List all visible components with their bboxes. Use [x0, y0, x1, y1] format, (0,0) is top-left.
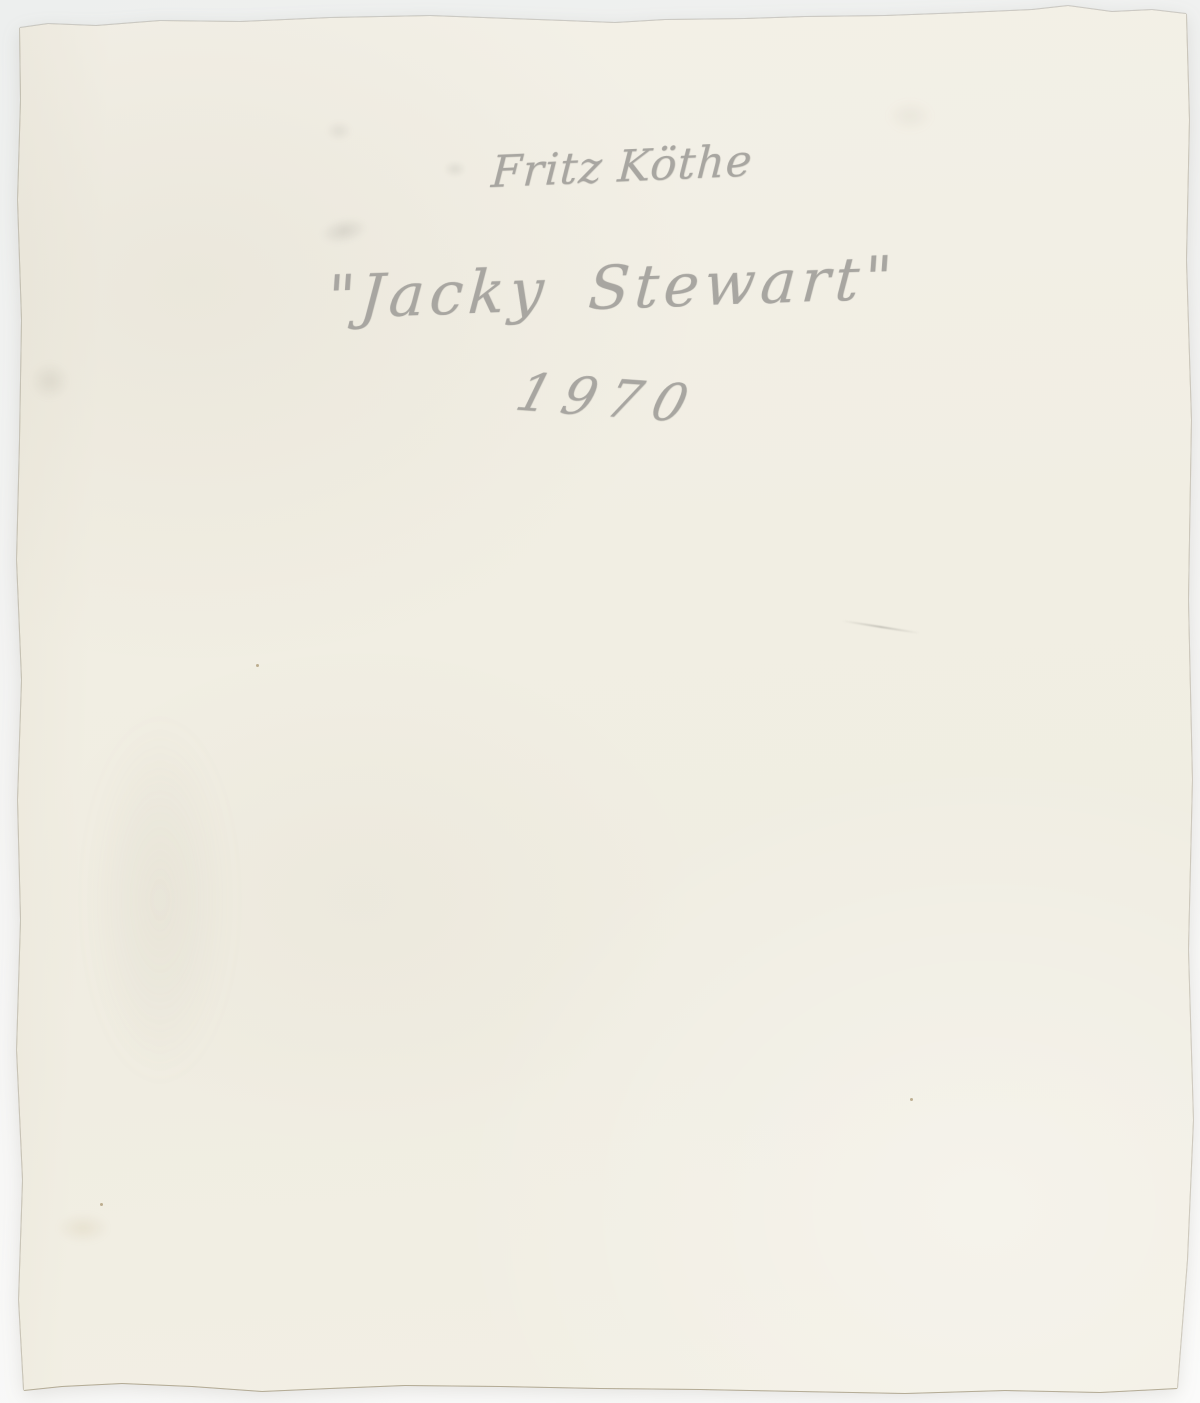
- inscription-work-title: "Jacky Stewart": [325, 243, 899, 333]
- paper-smudge: [24, 356, 76, 406]
- paper-smudge: [440, 158, 470, 180]
- paper-smudge: [322, 118, 356, 144]
- paper-speck: [256, 664, 259, 667]
- photo-backdrop: Fritz Köthe "Jacky Stewart" 1970: [0, 0, 1200, 1403]
- paper-stain: [48, 1208, 118, 1248]
- inscription-year: 1970: [510, 363, 707, 435]
- faint-scratch-mark: [842, 620, 919, 634]
- paper-smudge: [309, 208, 379, 255]
- paper-smudge: [880, 96, 940, 136]
- paper-speck: [910, 1098, 913, 1101]
- paper-smudge: [60, 640, 260, 1160]
- paper-sheet: Fritz Köthe "Jacky Stewart" 1970: [0, 0, 1200, 1403]
- paper-verso-surface: Fritz Köthe "Jacky Stewart" 1970: [0, 0, 1200, 1403]
- inscription-artist-name: Fritz Köthe: [490, 136, 755, 199]
- paper-speck: [100, 1203, 103, 1206]
